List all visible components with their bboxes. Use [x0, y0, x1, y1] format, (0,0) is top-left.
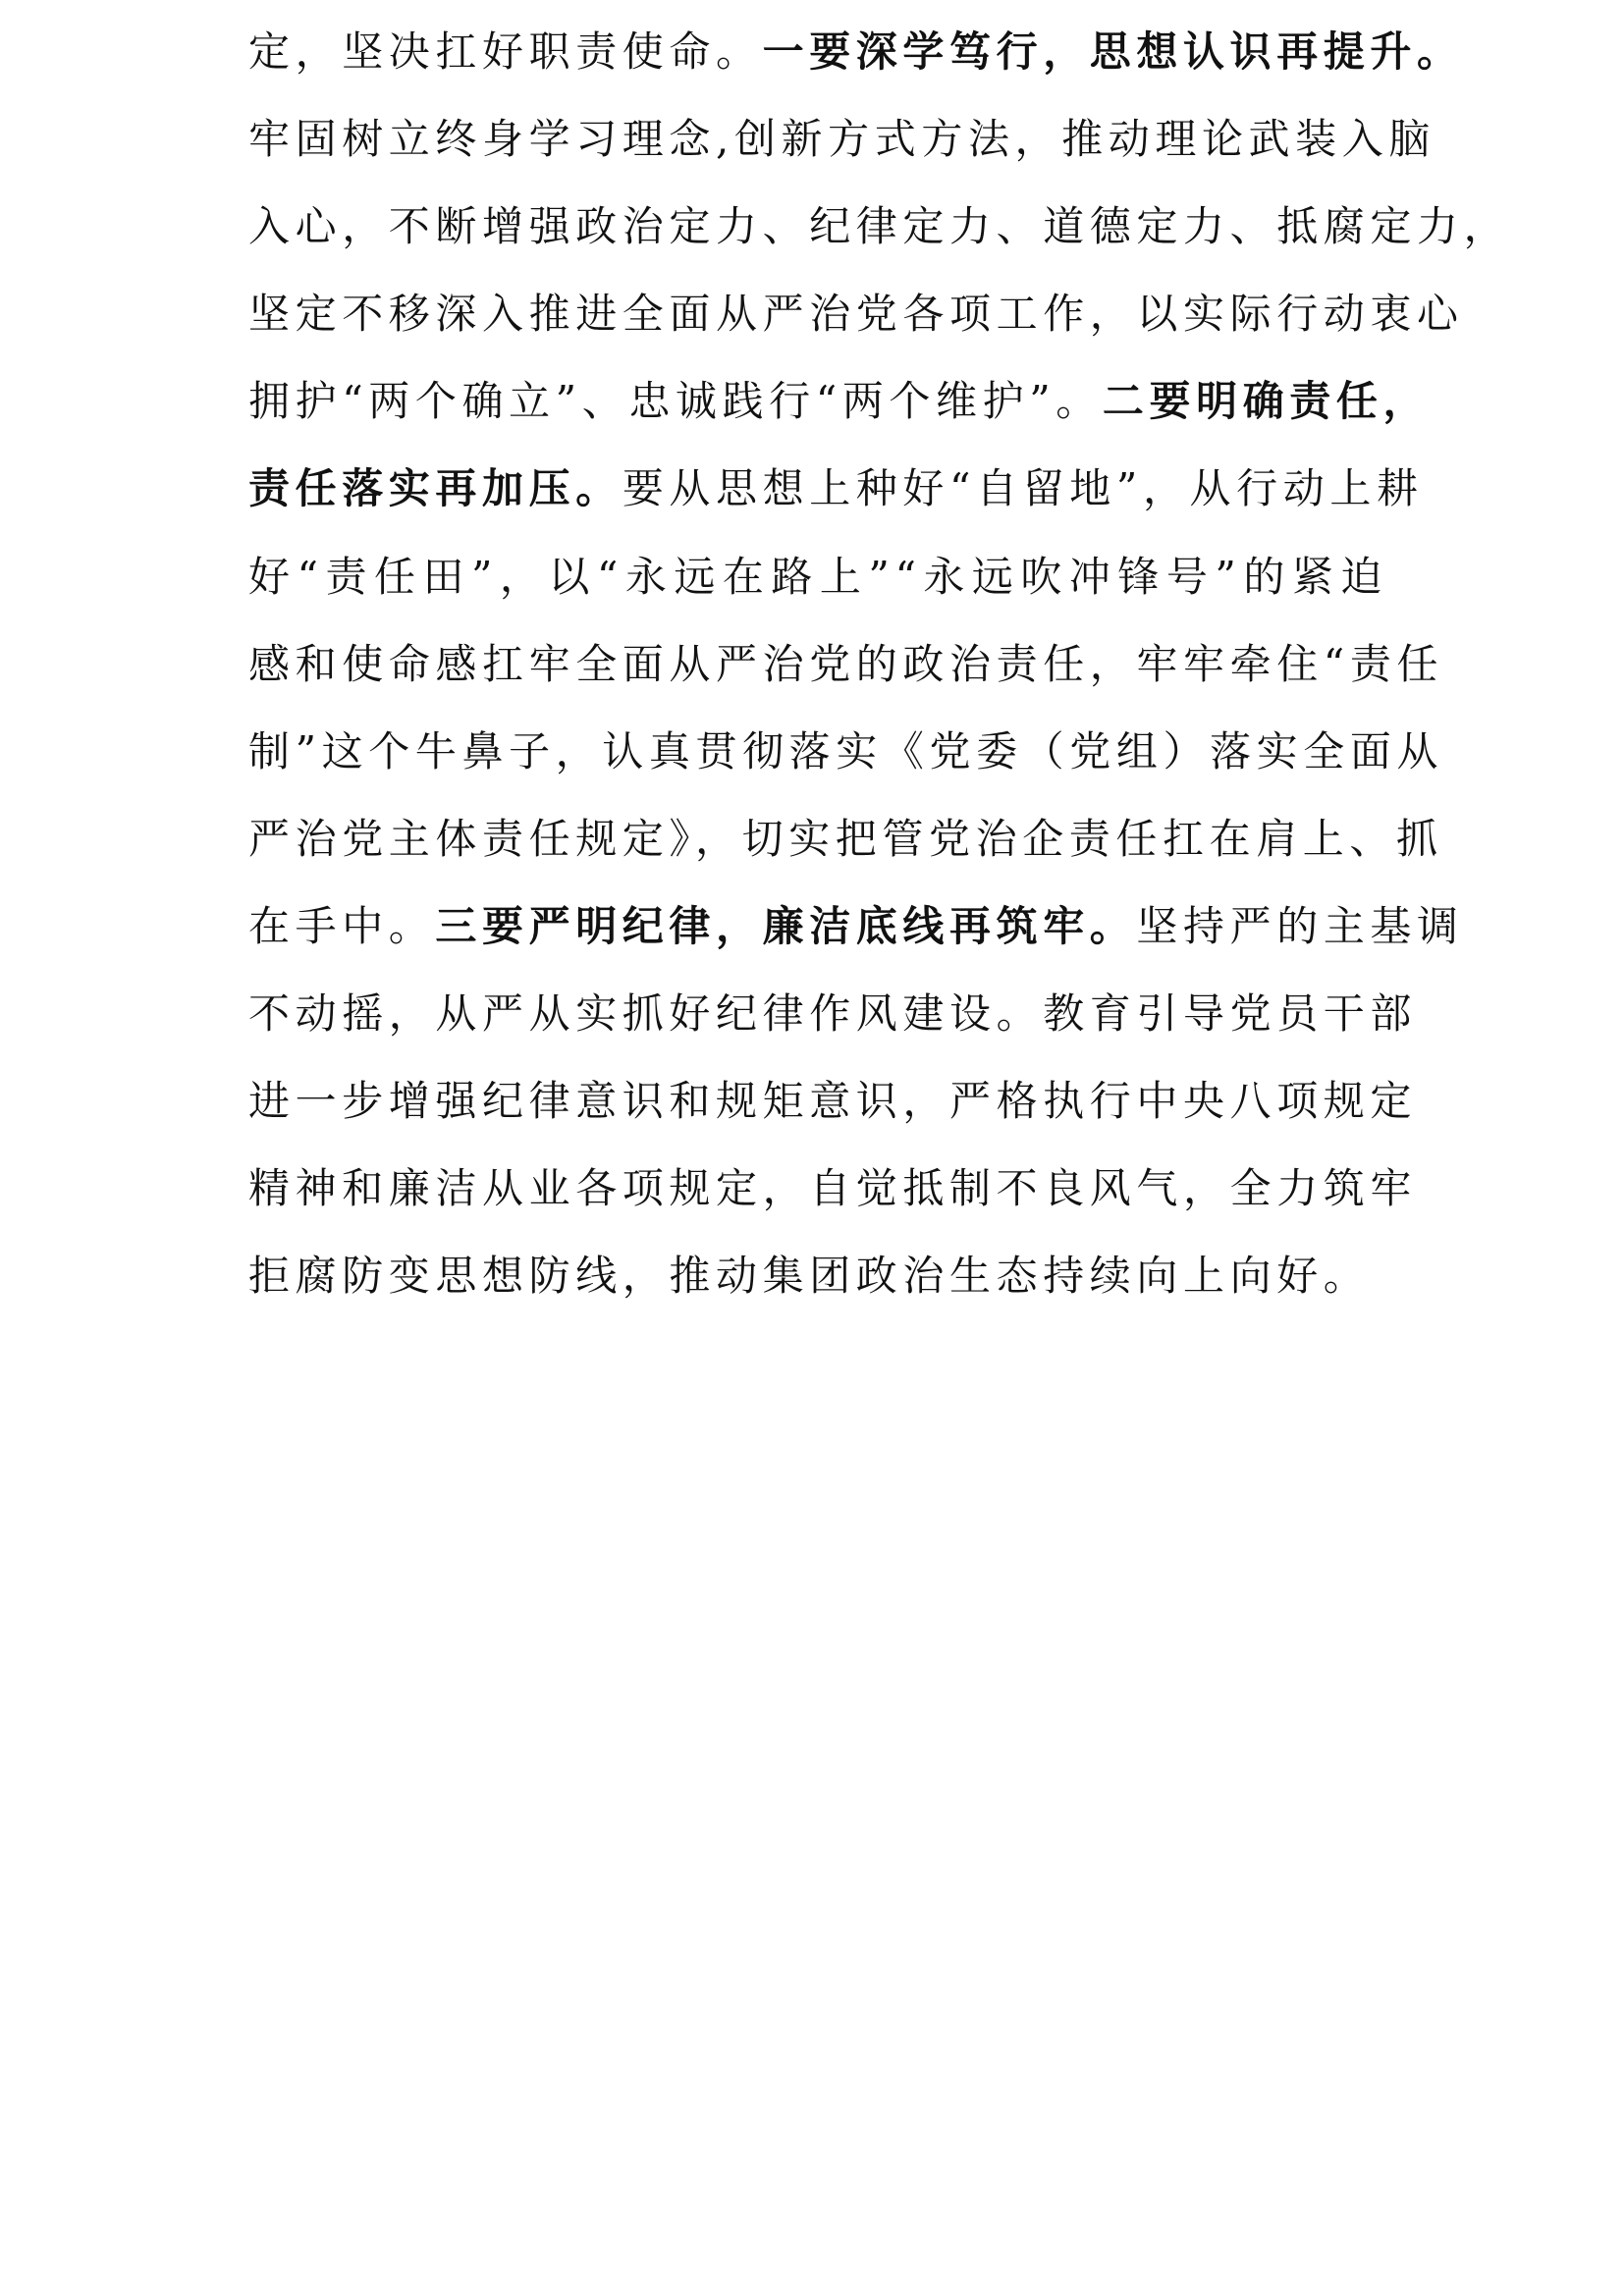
document-page: 定，坚决扛好职责使命。一要深学笃行，思想认识再提升。 牢固树立终身学习理念,创新…: [0, 0, 1624, 2296]
text-line-2: 牢固树立终身学习理念,创新方式方法，推动理论武装入脑: [248, 95, 1387, 183]
text-segment: 拥护“两个确立”、忠诚践行“两个维护”。: [248, 377, 1103, 425]
text-segment: 坚持严的主基调: [1136, 902, 1463, 950]
heading-one-must-study: 一要深学笃行，思想认识再提升。: [763, 27, 1464, 76]
text-segment: 入心，不断增强政治定力、纪律定力、道德定力、抵腐定力，: [248, 202, 1510, 250]
text-segment: 定，坚决扛好职责使命。: [248, 27, 763, 76]
text-line-12: 不动摇，从严从实抓好纪律作风建设。教育引导党员干部: [248, 970, 1387, 1057]
text-segment: 拒腐防变思想防线，推动集团政治生态持续向上向好。: [248, 1252, 1370, 1300]
text-line-7: 好“责任田”，以“永远在路上”“永远吹冲锋号”的紧迫: [248, 533, 1387, 620]
text-segment: 不动摇，从严从实抓好纪律作风建设。教育引导党员干部: [248, 989, 1417, 1038]
text-line-13: 进一步增强纪律意识和规矩意识，严格执行中央八项规定: [248, 1057, 1387, 1145]
text-line-3: 入心，不断增强政治定力、纪律定力、道德定力、抵腐定力，: [248, 183, 1387, 270]
text-segment: 制”这个牛鼻子，认真贯彻落实《党委（党组）落实全面从: [248, 727, 1443, 775]
text-line-1: 定，坚决扛好职责使命。一要深学笃行，思想认识再提升。: [248, 8, 1387, 95]
text-line-10: 严治党主体责任规定》，切实把管党治企责任扛在肩上、抓: [248, 795, 1387, 882]
text-segment: 精神和廉洁从业各项规定，自觉抵制不良风气，全力筑牢: [248, 1164, 1417, 1212]
body-paragraph: 定，坚决扛好职责使命。一要深学笃行，思想认识再提升。 牢固树立终身学习理念,创新…: [248, 8, 1387, 1319]
text-line-15: 拒腐防变思想防线，推动集团政治生态持续向上向好。: [248, 1232, 1387, 1319]
text-line-14: 精神和廉洁从业各项规定，自觉抵制不良风气，全力筑牢: [248, 1145, 1387, 1232]
text-line-5: 拥护“两个确立”、忠诚践行“两个维护”。二要明确责任，: [248, 357, 1387, 445]
text-segment: 坚定不移深入推进全面从严治党各项工作，以实际行动衷心: [248, 290, 1464, 338]
text-segment: 进一步增强纪律意识和规矩意识，严格执行中央八项规定: [248, 1077, 1417, 1125]
heading-two-clarify-responsibility: 二要明确责任，: [1103, 377, 1430, 425]
text-line-8: 感和使命感扛牢全面从严治党的政治责任，牢牢牵住“责任: [248, 620, 1387, 708]
text-line-11: 在手中。三要严明纪律，廉洁底线再筑牢。坚持严的主基调: [248, 882, 1387, 970]
text-segment: 好“责任田”，以“永远在路上”“永远吹冲锋号”的紧迫: [248, 553, 1387, 601]
text-segment: 在手中。: [248, 902, 435, 950]
text-segment: 严治党主体责任规定》，切实把管党治企责任扛在肩上、抓: [248, 815, 1443, 863]
text-line-6: 责任落实再加压。要从思想上种好“自留地”，从行动上耕: [248, 445, 1387, 532]
heading-three-strict-discipline: 三要严明纪律，廉洁底线再筑牢。: [435, 902, 1136, 950]
text-segment: 牢固树立终身学习理念,创新方式方法，推动理论武装入脑: [248, 115, 1435, 163]
heading-two-clarify-responsibility-cont: 责任落实再加压。: [248, 464, 623, 512]
text-line-9: 制”这个牛鼻子，认真贯彻落实《党委（党组）落实全面从: [248, 708, 1387, 795]
text-segment: 要从思想上种好“自留地”，从行动上耕: [623, 464, 1424, 512]
text-segment: 感和使命感扛牢全面从严治党的政治责任，牢牢牵住“责任: [248, 640, 1443, 688]
text-line-4: 坚定不移深入推进全面从严治党各项工作，以实际行动衷心: [248, 270, 1387, 357]
